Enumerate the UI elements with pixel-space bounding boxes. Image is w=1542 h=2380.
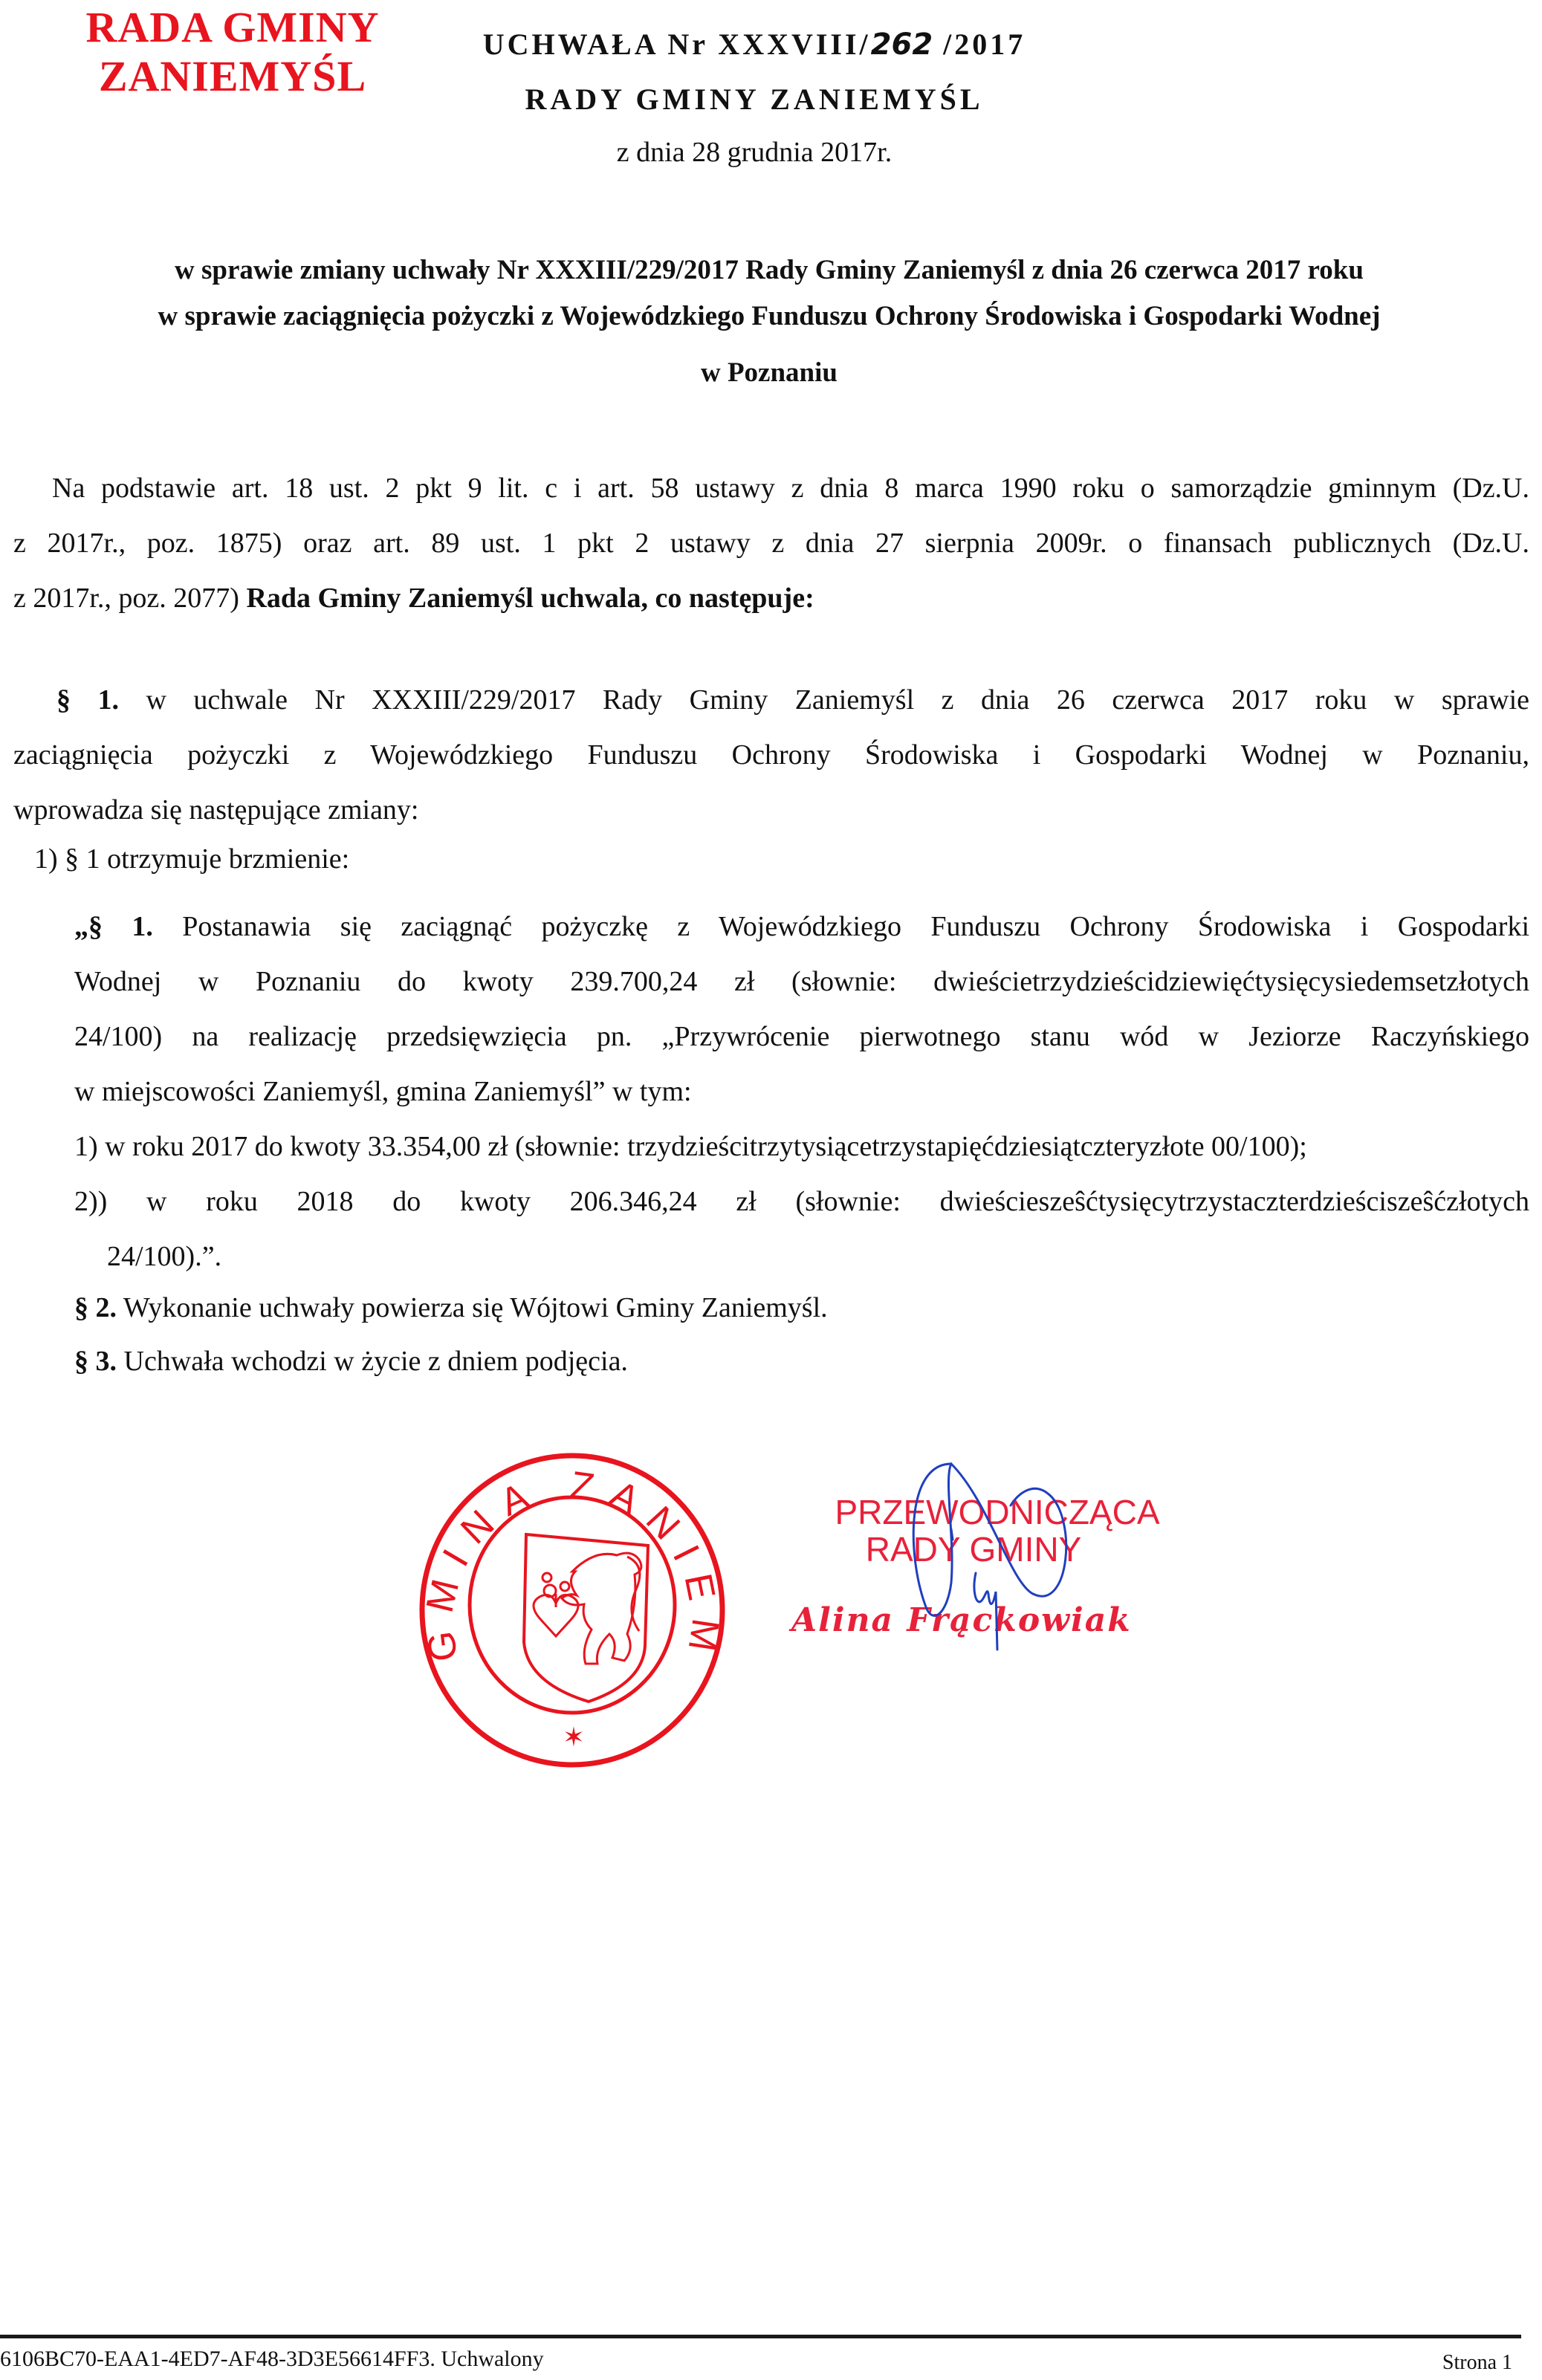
title-suffix: /2017 <box>933 27 1026 61</box>
handwritten-signature-icon <box>765 1434 1211 1657</box>
coat-of-arms-lion-icon <box>524 1534 648 1702</box>
footer-rule <box>0 2335 1521 2338</box>
resolution-date: z dnia 28 grudnia 2017r. <box>416 136 1092 169</box>
tranche-2018: 2)) w roku 2018 do kwoty 206.346,24 zł (… <box>74 1174 1529 1229</box>
section-1-text: w uchwale Nr XXXIII/229/2017 Rady Gminy … <box>119 684 1529 716</box>
quoted-mark: „§ 1. <box>74 911 153 942</box>
subject-line-2: w sprawie zaciągnięcia pożyczki z Wojewó… <box>30 300 1509 332</box>
council-header-stamp: RADA GMINY ZANIEMYŚL <box>58 3 407 101</box>
stamp-line-2: ZANIEMYŚL <box>58 52 407 101</box>
section-3-text: Uchwała wchodzi w życie z dniem podjęcia… <box>117 1346 628 1377</box>
tranche-2018-cont: 24/100).”. <box>74 1229 1529 1284</box>
title-prefix: UCHWAŁA Nr XXXVIII/ <box>483 27 871 61</box>
legal-basis-line-2: z 2017r., poz. 1875) oraz art. 89 ust. 1… <box>13 516 1529 571</box>
section-1-line-3: wprowadza się następujące zmiany: <box>13 782 1529 837</box>
quoted-line-3: 24/100) na realizację przedsięwzięcia pn… <box>74 1009 1529 1064</box>
quoted-line-1: „§ 1. Postanawia się zaciągnąć pożyczkę … <box>74 899 1529 954</box>
svg-text:GMINA ZANIEMYŚL: GMINA ZANIEMYŚL <box>416 1445 727 1669</box>
quoted-text-1: Postanawia się zaciągnąć pożyczkę z Woje… <box>153 911 1529 942</box>
subject-line-1: w sprawie zmiany uchwały Nr XXXIII/229/2… <box>30 254 1509 286</box>
star-icon: ✶ <box>563 1722 585 1752</box>
section-1-mark: § 1. <box>56 684 119 716</box>
official-seal: GMINA ZANIEMYŚL ✶ <box>416 1445 732 1772</box>
legal-basis-line-1: Na podstawie art. 18 ust. 2 pkt 9 lit. c… <box>13 461 1529 516</box>
section-3-mark: § 3. <box>74 1346 117 1377</box>
enacting-clause: Rada Gminy Zaniemyśl uchwala, co następu… <box>246 583 814 614</box>
seal-graphic: GMINA ZANIEMYŚL ✶ <box>416 1445 732 1772</box>
seal-text: GMINA ZANIEMYŚL <box>416 1445 727 1669</box>
section-2: § 2. Wykonanie uchwały powierza się Wójt… <box>74 1291 828 1324</box>
section-2-text: Wykonanie uchwały powierza się Wójtowi G… <box>117 1292 828 1323</box>
resolution-title: UCHWAŁA Nr XXXVIII/262 /2017 <box>416 27 1092 62</box>
document-id: 6106BC70-EAA1-4ED7-AF48-3D3E56614FF3. Uc… <box>0 2347 544 2372</box>
quoted-line-2: Wodnej w Poznaniu do kwoty 239.700,24 zł… <box>74 954 1529 1009</box>
issuing-body: RADY GMINY ZANIEMYŚL <box>416 82 1092 117</box>
handwritten-number: 262 <box>871 27 933 62</box>
amendment-item-1: 1) § 1 otrzymuje brzmienie: <box>34 843 349 875</box>
section-1-line-2: zaciągnięcia pożyczki z Wojewódzkiego Fu… <box>13 727 1529 782</box>
subject-line-3: w Poznaniu <box>30 357 1509 389</box>
tranche-2017: 1) w roku 2017 do kwoty 33.354,00 zł (sł… <box>74 1119 1529 1174</box>
page-number: Strona 1 <box>1442 2351 1512 2375</box>
quoted-section: „§ 1. Postanawia się zaciągnąć pożyczkę … <box>74 899 1529 1284</box>
section-3: § 3. Uchwała wchodzi w życie z dniem pod… <box>74 1345 628 1378</box>
signature-block: PRZEWODNICZĄCA RADY GMINY Alina Frąckowi… <box>765 1434 1211 1657</box>
legal-basis-line-3: z 2017r., poz. 2077) Rada Gminy Zaniemyś… <box>13 571 1529 626</box>
section-2-mark: § 2. <box>74 1292 117 1323</box>
quoted-line-4: w miejscowości Zaniemyśl, gmina Zaniemyś… <box>74 1064 1529 1119</box>
section-1-line-1: § 1. w uchwale Nr XXXIII/229/2017 Rady G… <box>13 672 1529 727</box>
legal-basis: Na podstawie art. 18 ust. 2 pkt 9 lit. c… <box>13 461 1529 626</box>
section-1: § 1. w uchwale Nr XXXIII/229/2017 Rady G… <box>13 672 1529 837</box>
legal-basis-ref: z 2017r., poz. 2077) <box>13 583 246 614</box>
stamp-line-1: RADA GMINY <box>58 3 407 52</box>
